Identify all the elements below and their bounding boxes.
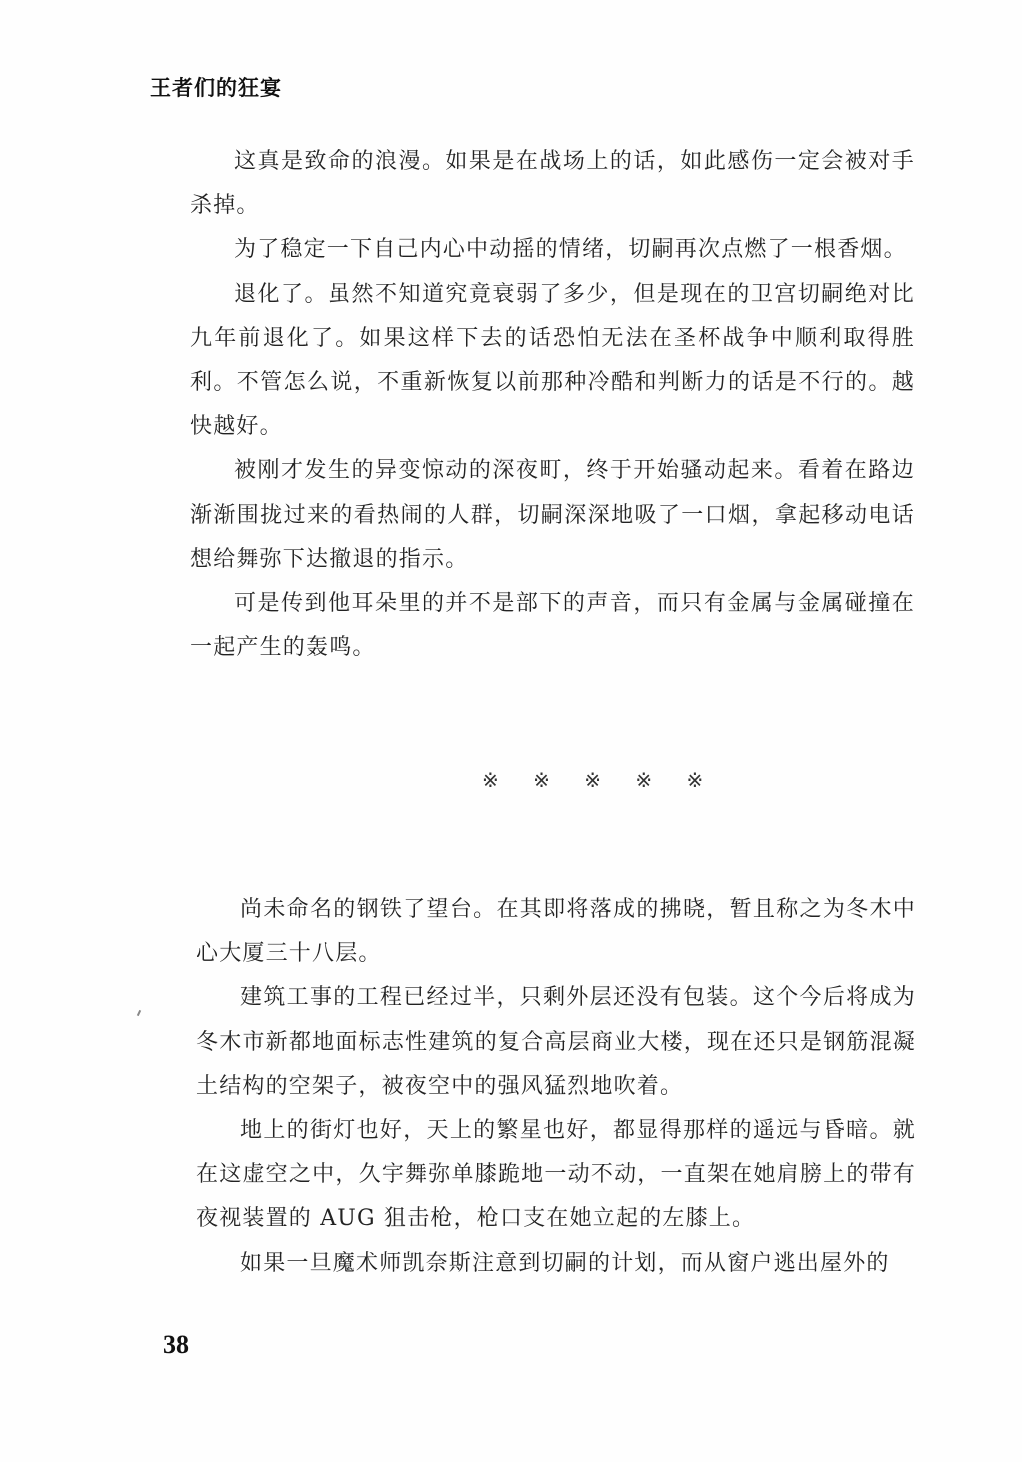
running-head: 王者们的狂宴 (150, 72, 282, 102)
paragraph: 这真是致命的浪漫。如果是在战场上的话，如此感伤一定会被对手杀掉。 (190, 140, 915, 228)
paragraph: 为了稳定一下自己内心中动摇的情绪，切嗣再次点燃了一根香烟。 (190, 228, 915, 272)
paragraph: 尚未命名的钢铁了望台。在其即将落成的拂晓，暂且称之为冬木中心大厦三十八层。 (196, 888, 916, 976)
paragraph: 地上的街灯也好，天上的繁星也好，都显得那样的遥远与昏暗。就在这虚空之中，久宇舞弥… (196, 1109, 916, 1242)
page-number: 38 (163, 1330, 189, 1360)
paragraph: 建筑工事的工程已经过半，只剩外层还没有包装。这个今后将成为冬木市新都地面标志性建… (196, 976, 916, 1109)
paragraph: 退化了。虽然不知道究竟衰弱了多少，但是现在的卫宫切嗣绝对比九年前退化了。如果这样… (190, 273, 915, 450)
paragraph: 如果一旦魔术师凯奈斯注意到切嗣的计划，而从窗户逃出屋外的 (196, 1242, 916, 1286)
book-page: 王者们的狂宴 这真是致命的浪漫。如果是在战场上的话，如此感伤一定会被对手杀掉。 … (0, 0, 1022, 1462)
paragraph: 可是传到他耳朵里的并不是部下的声音，而只有金属与金属碰撞在一起产生的轰鸣。 (190, 582, 915, 670)
scan-speck (137, 1010, 141, 1016)
text-section-a: 这真是致命的浪漫。如果是在战场上的话，如此感伤一定会被对手杀掉。 为了稳定一下自… (190, 140, 915, 670)
section-break-ornament: ※ ※ ※ ※ ※ (482, 768, 682, 792)
paragraph: 被刚才发生的异变惊动的深夜町，终于开始骚动起来。看着在路边渐渐围拢过来的看热闹的… (190, 449, 915, 582)
text-section-b: 尚未命名的钢铁了望台。在其即将落成的拂晓，暂且称之为冬木中心大厦三十八层。 建筑… (196, 888, 916, 1286)
